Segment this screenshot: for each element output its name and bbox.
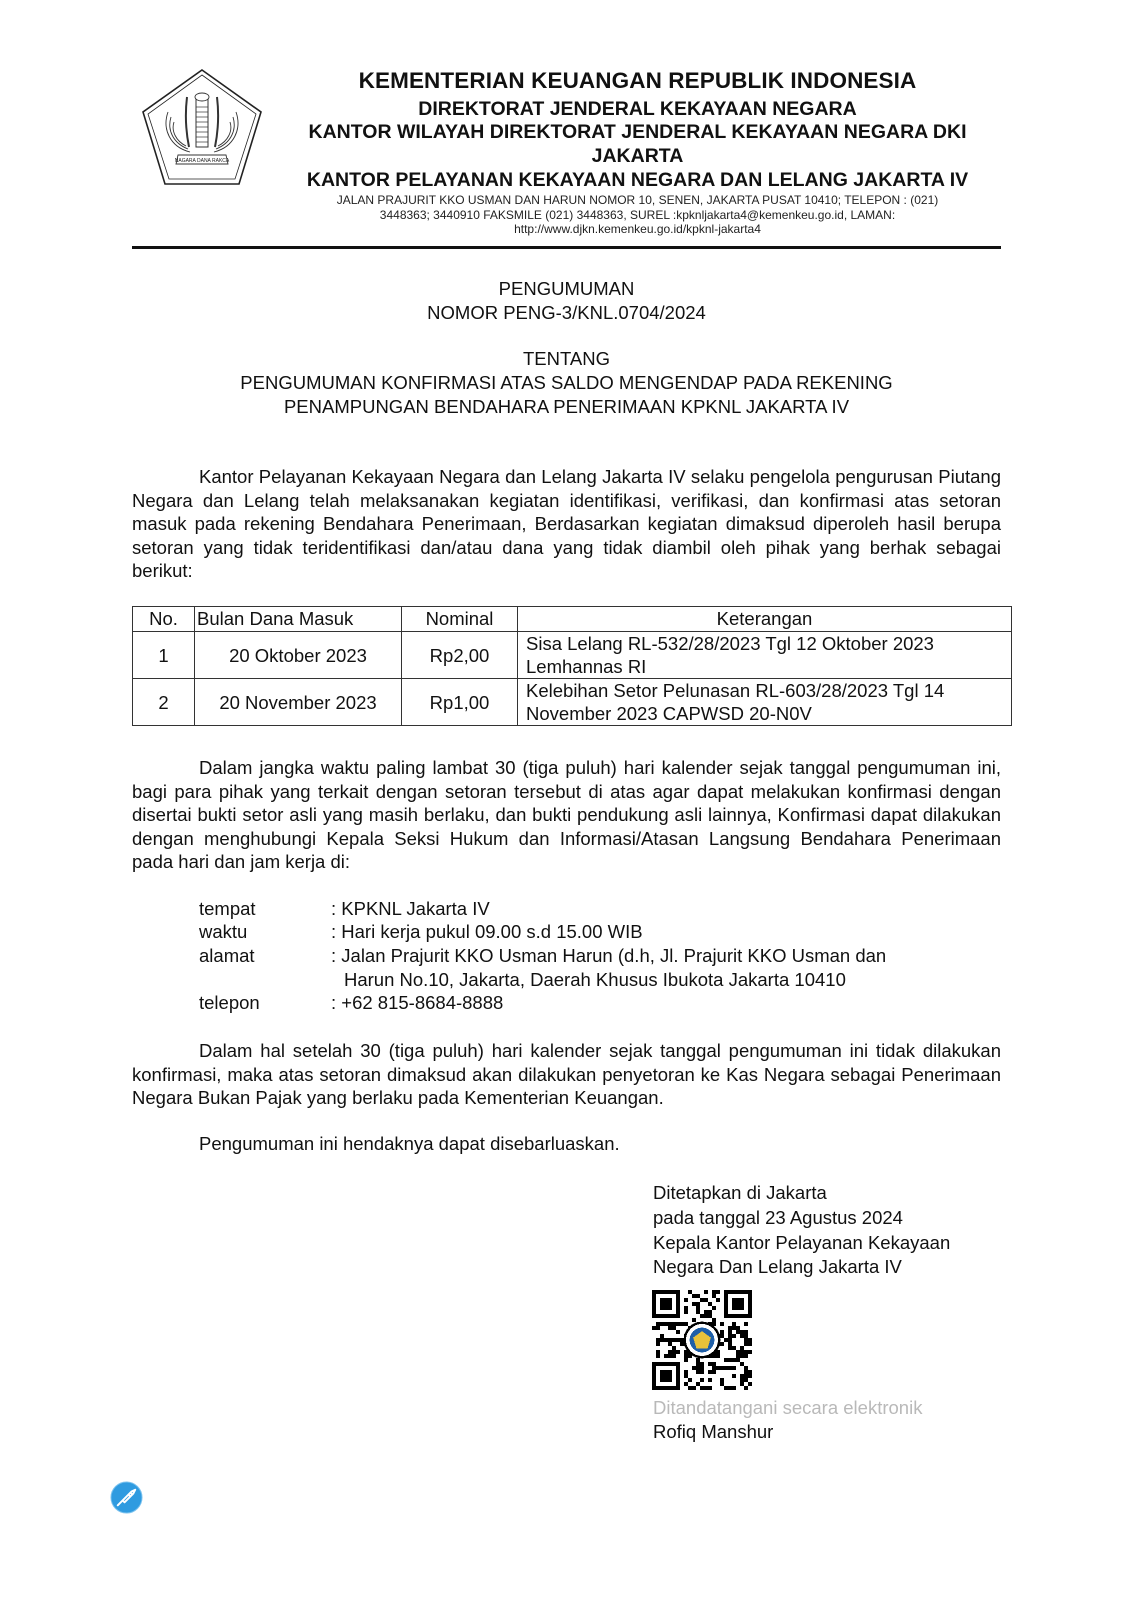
edit-tool-icon[interactable] (110, 1481, 143, 1514)
service-office-name: KANTOR PELAYANAN KEKAYAAN NEGARA DAN LEL… (270, 169, 1005, 192)
dissemination-paragraph: Pengumuman ini hendaknya dapat disebarlu… (132, 1132, 1001, 1156)
cell-no: 1 (133, 632, 195, 679)
qr-code-icon (652, 1290, 752, 1390)
document-number: NOMOR PENG-3/KNL.0704/2024 (132, 302, 1001, 324)
confirmation-paragraph: Dalam jangka waktu paling lambat 30 (tig… (132, 756, 1001, 874)
document-type: PENGUMUMAN (132, 278, 1001, 300)
cell-description: Sisa Lelang RL-532/28/2023 Tgl 12 Oktobe… (518, 632, 1012, 679)
ministry-name: KEMENTERIAN KEUANGAN REPUBLIK INDONESIA (270, 68, 1005, 94)
cell-description: Kelebihan Setor Pelunasan RL-603/28/2023… (518, 679, 1012, 726)
column-header-month: Bulan Dana Masuk (195, 607, 402, 632)
cell-month: 20 Oktober 2023 (195, 632, 402, 679)
column-header-amount: Nominal (402, 607, 518, 632)
regional-office-name: KANTOR WILAYAH DIREKTORAT JENDERAL KEKAY… (270, 121, 1005, 144)
detail-label-place: tempat (199, 898, 256, 920)
table-row: 1 20 Oktober 2023 Rp2,00 Sisa Lelang RL-… (133, 632, 1012, 679)
detail-value-address: : Jalan Prajurit KKO Usman Harun (d.h, J… (331, 945, 886, 967)
cell-amount: Rp1,00 (402, 679, 518, 726)
detail-label-time: waktu (199, 921, 247, 943)
detail-label-phone: telepon (199, 992, 260, 1014)
kemenkeu-emblem-icon: NAGARA DANA RAKCA (140, 67, 264, 187)
detail-label-address: alamat (199, 945, 255, 967)
detail-value-address-cont: Harun No.10, Jakarta, Daerah Khusus Ibuk… (344, 969, 846, 991)
svg-text:NAGARA DANA RAKCA: NAGARA DANA RAKCA (175, 158, 230, 164)
cell-amount: Rp2,00 (402, 632, 518, 679)
electronic-signature-note: Ditandatangani secara elektronik (653, 1397, 922, 1419)
intro-paragraph: Kantor Pelayanan Kekayaan Negara dan Lel… (132, 465, 1001, 583)
regional-office-name-cont: JAKARTA (270, 145, 1005, 168)
signer-position-line1: Kepala Kantor Pelayanan Kekayaan (653, 1232, 950, 1254)
document-subject-line1: PENGUMUMAN KONFIRMASI ATAS SALDO MENGEND… (132, 372, 1001, 394)
signature-place: Ditetapkan di Jakarta (653, 1182, 827, 1204)
letterhead-divider (132, 246, 1001, 249)
deadline-paragraph: Dalam hal setelah 30 (tiga puluh) hari k… (132, 1039, 1001, 1110)
about-label: TENTANG (132, 348, 1001, 370)
cell-no: 2 (133, 679, 195, 726)
table-row: 2 20 November 2023 Rp1,00 Kelebihan Seto… (133, 679, 1012, 726)
detail-value-place: : KPKNL Jakarta IV (331, 898, 490, 920)
document-subject-line2: PENAMPUNGAN BENDAHARA PENERIMAAN KPKNL J… (132, 396, 1001, 418)
cell-month: 20 November 2023 (195, 679, 402, 726)
detail-value-time: : Hari kerja pukul 09.00 s.d 15.00 WIB (331, 921, 643, 943)
detail-value-phone: : +62 815-8684-8888 (331, 992, 503, 1014)
table-header-row: No. Bulan Dana Masuk Nominal Keterangan (133, 607, 1012, 632)
signer-position-line2: Negara Dan Lelang Jakarta IV (653, 1256, 902, 1278)
column-header-description: Keterangan (518, 607, 1012, 632)
signer-name: Rofiq Manshur (653, 1421, 773, 1443)
signature-date: pada tanggal 23 Agustus 2024 (653, 1207, 903, 1229)
directorate-name: DIREKTORAT JENDERAL KEKAYAAN NEGARA (270, 98, 1005, 121)
column-header-no: No. (133, 607, 195, 632)
office-website-link[interactable]: http://www.djkn.kemenkeu.go.id/kpknl-jak… (270, 222, 1005, 237)
office-contact-line: 3448363; 3440910 FAKSMILE (021) 3448363,… (270, 208, 1005, 223)
deposit-table: No. Bulan Dana Masuk Nominal Keterangan … (132, 606, 1012, 726)
office-address-line: JALAN PRAJURIT KKO USMAN DAN HARUN NOMOR… (270, 193, 1005, 208)
